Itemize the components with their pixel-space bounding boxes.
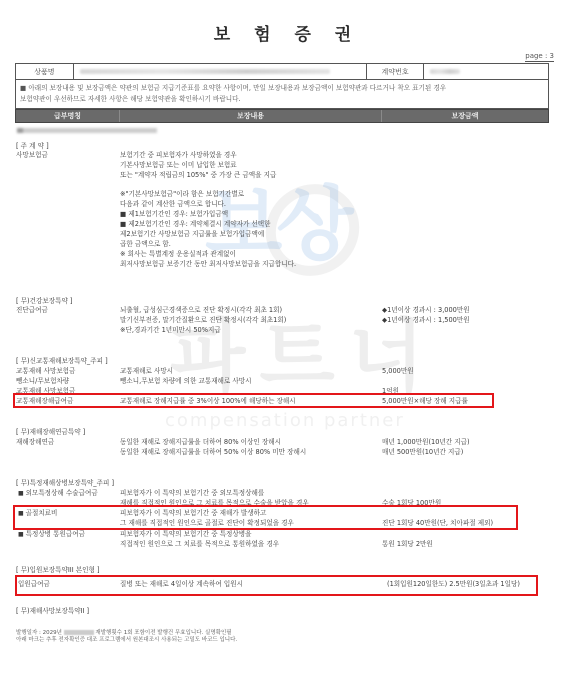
amount-line: 매년 1,000만원(10년간 지급)	[382, 438, 470, 447]
benefit-traffic-death: 교통재해 사망보험금	[16, 367, 75, 376]
content-line: ※ 회사는 특별계정 운용실적과 관계없이	[120, 250, 236, 259]
content-line: 교통재해로 장해지급률 중 3%이상 100%에 해당하는 장해시	[120, 397, 296, 406]
content-line: 다음과 같이 계산한 금액으로 합니다.	[120, 200, 226, 209]
content-line: 뺑소니,무보험 차량에 의한 교통재해로 사망시	[120, 377, 252, 386]
content-line: 곱한 금액으로 함.	[120, 240, 171, 249]
footer-issue-line: 발행일자 : 2029년 재발행횟수 1회 포함이전 발행건 무효입니다. 실명…	[16, 630, 232, 637]
content-line: 동일한 재해로 장해지급률을 더하여 80% 이상인 장해시	[120, 438, 281, 447]
benefit-diagnosis: 진단급여금	[16, 306, 48, 315]
amount-line: ◆1년이상 경과시 : 1,500만원	[382, 316, 470, 325]
amount-line: (1회입원120일한도) 2.5만원(3일초과 1일당)	[387, 580, 520, 589]
coverage-content: [ 주 계 약 ] 사망보험금 보험기간 중 피보험자가 사망하였을 경우 기본…	[0, 0, 574, 682]
content-line: 제2보험기간 사망보험금 지급률을 보험가입금액에	[120, 230, 264, 239]
content-line: 질병 또는 재해로 4일이상 계속하여 입원시	[120, 580, 243, 589]
amount-line: 5,000만원	[382, 367, 414, 376]
amount-line: 매년 500만원(10년간 지급)	[382, 448, 463, 457]
section-title-accident-death: [ 무)재해사망보장특약II ]	[16, 607, 89, 616]
content-line: 또는 "계약자 적립금의 105%" 중 가장 큰 금액을 지급	[120, 171, 276, 180]
amount-line: 진단 1회당 40만원(단, 치아파절 제외)	[382, 519, 493, 528]
content-line: 피보험자가 이 특약의 보험기간 중 외모특정상해를	[120, 489, 264, 498]
amount-line: 통원 1회당 2만원	[382, 540, 433, 549]
content-line: 직접적인 원인으로 그 치료를 목적으로 통원하였을 경우	[120, 540, 279, 549]
benefit-appearance-surgery: 외모특정상해 수술급여금	[18, 489, 98, 498]
redacted-issue-date	[64, 630, 94, 635]
content-line: 말기신부전증, 말기간질환으로 진단 확정시(각각 최초1회)	[120, 316, 286, 325]
benefit-traffic-disability: 교통재해장해급여금	[16, 397, 73, 406]
content-line: 최저사망보험금 보증기간 동안 최저사망보험금을 지급합니다.	[120, 260, 296, 269]
content-line: ※단,경과기간 1년미만시 50%지급	[120, 326, 221, 335]
amount-line: 5,000만원×해당 장해 지급률	[382, 397, 468, 406]
section-title-traffic: [ 무)신교통재해보장특약_주피 ]	[16, 357, 108, 366]
benefit-hit-and-run: 뺑소니/무보험차량	[16, 377, 69, 386]
section-title-disability: [ 무)재해장해연금특약 ]	[16, 428, 85, 437]
section-title-main: [ 주 계 약 ]	[16, 142, 49, 151]
section-title-hospital: [ 무)입원보장특약III 본인형 ]	[16, 566, 100, 575]
issue-date-label: 발행일자 : 2029년	[16, 630, 62, 636]
benefit-outpatient: 특정상병 통원급여금	[18, 530, 85, 539]
benefit-hospitalization: 입원급여금	[18, 580, 50, 589]
content-line: ※"기본사망보험금"이라 함은 보험기간별로	[120, 190, 244, 199]
content-line: 피보험자가 이 특약의 보험기간 중 특정상병을	[120, 530, 252, 539]
amount-line: ◆1년이상 경과시 : 3,000만원	[382, 306, 470, 315]
content-line: 피보험자가 이 특약의 보험기간 중 재해가 발생하고	[120, 509, 266, 518]
content-line: ■ 제1보험기간인 경우: 보험가입금액	[120, 210, 228, 219]
section-title-health: [ 무)건강보장특약 ]	[16, 297, 73, 306]
benefit-fracture: 골절치료비	[18, 509, 57, 518]
benefit-disability-pension: 재해장해연금	[16, 438, 54, 447]
content-line: 동일한 재해로 장해지급률을 더하여 50% 이상 80% 미만 장해시	[120, 448, 306, 457]
content-line: 뇌출혈, 급성심근경색증으로 진단 확정시(각각 최초 1회)	[120, 306, 282, 315]
reissue-note: 재발행횟수 1회 포함이전 발행건 무효입니다. 실명확인필	[95, 630, 231, 636]
content-line: 교통재해로 사망시	[120, 367, 173, 376]
content-line: 보험기간 중 피보험자가 사망하였을 경우	[120, 151, 237, 160]
content-line: ■ 제2보험기간인 경우: 계약체결시 계약자가 선택한	[120, 220, 271, 229]
content-line: 그 재해를 직접적인 원인으로 골절로 진단이 확정되었을 경우	[120, 519, 294, 528]
content-line: 기본사망보험금 또는 이미 납입한 보험료	[120, 161, 237, 170]
benefit-death: 사망보험금	[16, 151, 48, 160]
section-title-specific: [ 무)특정재해상병보장특약_주피 ]	[16, 479, 114, 488]
footer-barcode-note: 아래 마크는 추후 전자확인증 대조 프로그램에서 원본대조시 사용되는 고밀도…	[16, 637, 237, 644]
